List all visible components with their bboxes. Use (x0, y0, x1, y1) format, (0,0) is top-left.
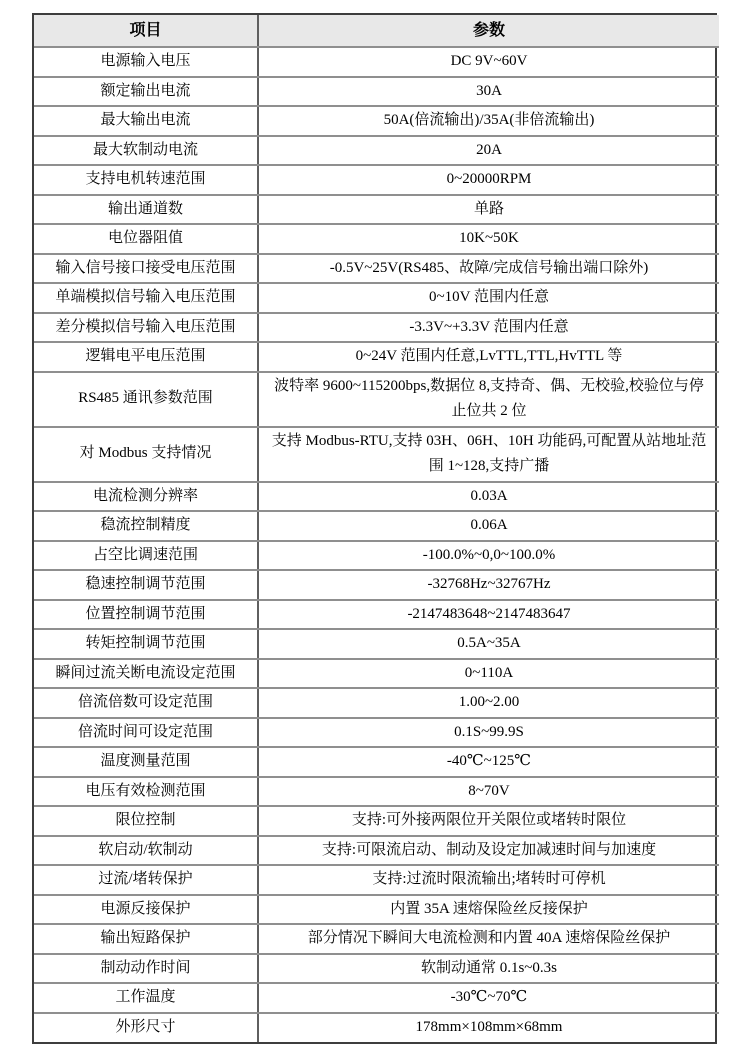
table-row: 倍流时间可设定范围 0.1S~99.9S (34, 718, 719, 748)
table-row: 电源输入电压 DC 9V~60V (34, 47, 719, 77)
header-param-cell: 参数 (258, 15, 719, 47)
value-cell: -40℃~125℃ (258, 747, 719, 777)
table-body: 电源输入电压 DC 9V~60V 额定输出电流 30A 最大输出电流 50A(倍… (34, 47, 719, 1042)
header-item-cell: 项目 (34, 15, 258, 47)
item-cell: 输入信号接口接受电压范围 (34, 254, 258, 284)
item-cell: 输出通道数 (34, 195, 258, 225)
value-cell: 10K~50K (258, 224, 719, 254)
value-cell: -3.3V~+3.3V 范围内任意 (258, 313, 719, 343)
item-cell: 最大软制动电流 (34, 136, 258, 166)
table-row: 工作温度 -30℃~70℃ (34, 983, 719, 1013)
value-cell: 0~20000RPM (258, 165, 719, 195)
item-cell: 支持电机转速范围 (34, 165, 258, 195)
table-row: 最大输出电流 50A(倍流输出)/35A(非倍流输出) (34, 106, 719, 136)
value-cell: -32768Hz~32767Hz (258, 570, 719, 600)
value-cell: 部分情况下瞬间大电流检测和内置 40A 速熔保险丝保护 (258, 924, 719, 954)
item-cell: 最大输出电流 (34, 106, 258, 136)
table-row: 电源反接保护 内置 35A 速熔保险丝反接保护 (34, 895, 719, 925)
table-row: 单端模拟信号输入电压范围 0~10V 范围内任意 (34, 283, 719, 313)
item-cell: 工作温度 (34, 983, 258, 1013)
item-cell: 逻辑电平电压范围 (34, 342, 258, 372)
value-cell: DC 9V~60V (258, 47, 719, 77)
table-row: 电位器阻值 10K~50K (34, 224, 719, 254)
item-cell: 位置控制调节范围 (34, 600, 258, 630)
item-cell: 稳速控制调节范围 (34, 570, 258, 600)
item-cell: 稳流控制精度 (34, 511, 258, 541)
item-cell: 倍流时间可设定范围 (34, 718, 258, 748)
item-cell: 电压有效检测范围 (34, 777, 258, 807)
item-cell: 额定输出电流 (34, 77, 258, 107)
table-row: 最大软制动电流 20A (34, 136, 719, 166)
value-cell: -2147483648~2147483647 (258, 600, 719, 630)
table-row: 过流/堵转保护 支持:过流时限流输出;堵转时可停机 (34, 865, 719, 895)
table-row: 额定输出电流 30A (34, 77, 719, 107)
value-cell: 0~110A (258, 659, 719, 689)
value-cell: 50A(倍流输出)/35A(非倍流输出) (258, 106, 719, 136)
item-cell: RS485 通讯参数范围 (34, 372, 258, 427)
table-row: 转矩控制调节范围 0.5A~35A (34, 629, 719, 659)
value-cell: -30℃~70℃ (258, 983, 719, 1013)
item-cell: 瞬间过流关断电流设定范围 (34, 659, 258, 689)
table-row: 限位控制 支持:可外接两限位开关限位或堵转时限位 (34, 806, 719, 836)
item-cell: 电位器阻值 (34, 224, 258, 254)
item-cell: 制动动作时间 (34, 954, 258, 984)
value-cell: -0.5V~25V(RS485、故障/完成信号输出端口除外) (258, 254, 719, 284)
value-cell: 单路 (258, 195, 719, 225)
item-cell: 输出短路保护 (34, 924, 258, 954)
value-cell: 30A (258, 77, 719, 107)
value-cell: 178mm×108mm×68mm (258, 1013, 719, 1042)
table-row: 倍流倍数可设定范围 1.00~2.00 (34, 688, 719, 718)
table-row: 稳速控制调节范围 -32768Hz~32767Hz (34, 570, 719, 600)
table-row: 稳流控制精度 0.06A (34, 511, 719, 541)
value-cell: 0.1S~99.9S (258, 718, 719, 748)
item-cell: 电源反接保护 (34, 895, 258, 925)
table-row: 占空比调速范围 -100.0%~0,0~100.0% (34, 541, 719, 571)
item-cell: 限位控制 (34, 806, 258, 836)
value-cell: 0~24V 范围内任意,LvTTL,TTL,HvTTL 等 (258, 342, 719, 372)
table-row: 支持电机转速范围 0~20000RPM (34, 165, 719, 195)
value-cell: -100.0%~0,0~100.0% (258, 541, 719, 571)
value-cell: 软制动通常 0.1s~0.3s (258, 954, 719, 984)
table-row: 电流检测分辨率 0.03A (34, 482, 719, 512)
value-cell: 0~10V 范围内任意 (258, 283, 719, 313)
value-cell: 0.5A~35A (258, 629, 719, 659)
header-row: 项目 参数 (34, 15, 719, 47)
table-row: 差分模拟信号输入电压范围 -3.3V~+3.3V 范围内任意 (34, 313, 719, 343)
table-row: 对 Modbus 支持情况 支持 Modbus-RTU,支持 03H、06H、1… (34, 427, 719, 482)
value-cell: 支持:过流时限流输出;堵转时可停机 (258, 865, 719, 895)
table-row: 瞬间过流关断电流设定范围 0~110A (34, 659, 719, 689)
value-cell: 支持 Modbus-RTU,支持 03H、06H、10H 功能码,可配置从站地址… (258, 427, 719, 482)
parameters-table: 项目 参数 电源输入电压 DC 9V~60V 额定输出电流 30A 最大输出电流… (34, 15, 719, 1042)
item-cell: 差分模拟信号输入电压范围 (34, 313, 258, 343)
item-cell: 单端模拟信号输入电压范围 (34, 283, 258, 313)
spec-table: 项目 参数 电源输入电压 DC 9V~60V 额定输出电流 30A 最大输出电流… (32, 13, 717, 1044)
value-cell: 0.06A (258, 511, 719, 541)
value-cell: 20A (258, 136, 719, 166)
table-row: 输出通道数 单路 (34, 195, 719, 225)
item-cell: 电源输入电压 (34, 47, 258, 77)
item-cell: 温度测量范围 (34, 747, 258, 777)
table-row: 温度测量范围 -40℃~125℃ (34, 747, 719, 777)
item-cell: 外形尺寸 (34, 1013, 258, 1042)
item-cell: 电流检测分辨率 (34, 482, 258, 512)
value-cell: 0.03A (258, 482, 719, 512)
value-cell: 支持:可限流启动、制动及设定加减速时间与加速度 (258, 836, 719, 866)
value-cell: 支持:可外接两限位开关限位或堵转时限位 (258, 806, 719, 836)
value-cell: 波特率 9600~115200bps,数据位 8,支持奇、偶、无校验,校验位与停… (258, 372, 719, 427)
item-cell: 转矩控制调节范围 (34, 629, 258, 659)
value-cell: 8~70V (258, 777, 719, 807)
table-row: 输出短路保护 部分情况下瞬间大电流检测和内置 40A 速熔保险丝保护 (34, 924, 719, 954)
table-row: 外形尺寸 178mm×108mm×68mm (34, 1013, 719, 1042)
value-cell: 1.00~2.00 (258, 688, 719, 718)
item-cell: 软启动/软制动 (34, 836, 258, 866)
table-row: 软启动/软制动 支持:可限流启动、制动及设定加减速时间与加速度 (34, 836, 719, 866)
table-row: 逻辑电平电压范围 0~24V 范围内任意,LvTTL,TTL,HvTTL 等 (34, 342, 719, 372)
item-cell: 过流/堵转保护 (34, 865, 258, 895)
value-cell: 内置 35A 速熔保险丝反接保护 (258, 895, 719, 925)
table-row: 输入信号接口接受电压范围 -0.5V~25V(RS485、故障/完成信号输出端口… (34, 254, 719, 284)
table-row: 制动动作时间 软制动通常 0.1s~0.3s (34, 954, 719, 984)
table-row: RS485 通讯参数范围 波特率 9600~115200bps,数据位 8,支持… (34, 372, 719, 427)
table-row: 位置控制调节范围 -2147483648~2147483647 (34, 600, 719, 630)
item-cell: 对 Modbus 支持情况 (34, 427, 258, 482)
item-cell: 占空比调速范围 (34, 541, 258, 571)
item-cell: 倍流倍数可设定范围 (34, 688, 258, 718)
table-row: 电压有效检测范围 8~70V (34, 777, 719, 807)
page: { "colors": { "header_bg": "#e8e8e8", "o… (0, 0, 750, 1043)
